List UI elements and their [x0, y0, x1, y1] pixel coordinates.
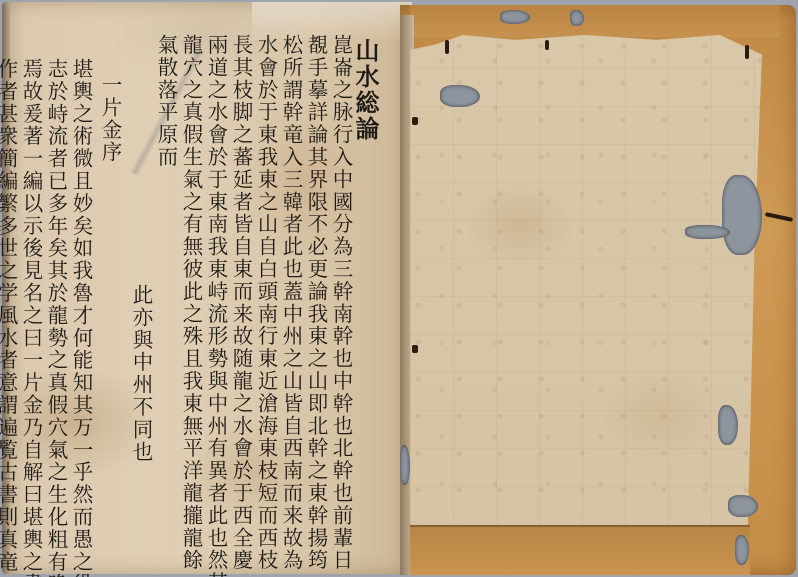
preface-column-3: 焉故爰著一編以示後見名之曰一片金乃自解曰堪輿之書 [18, 34, 43, 534]
large-damage-hole [722, 175, 762, 255]
preface-column-2: 志於峙流者已多年矣其於龍勢之真假穴氣之生化粗有晩 [43, 34, 68, 534]
preface-column-4: 作者甚衆簡編繁多世之学風水者意謂遍覧古書則真竜 [0, 34, 18, 534]
damage-hole [718, 405, 738, 445]
worm-mark [412, 345, 418, 353]
essay-column-8: 氣散落平原而 [153, 34, 178, 534]
damage-tear [685, 225, 730, 239]
cover-board-top [410, 5, 780, 37]
essay-column-3: 松所謂幹竜入三韓者此也蓋中州之山皆自西南而来故為 [278, 34, 303, 534]
damage-hole [500, 10, 530, 24]
book-spread: 山水総論 崑崙之脉行入中國分為三幹南幹也中幹也北幹也前輩日 覩手摹詳論其界限不必… [0, 0, 798, 577]
left-page: 山水総論 崑崙之脉行入中國分為三幹南幹也中幹也北幹也前輩日 覩手摹詳論其界限不必… [2, 2, 406, 574]
essay-column-5: 長其枝脚之蕃延者皆自東而来故随龍之水會於于西全慶 [228, 34, 253, 534]
worm-mark [745, 45, 749, 59]
essay-closing: 此亦與中州不同也 [128, 34, 153, 534]
right-page [400, 5, 796, 575]
damage-hole [400, 445, 410, 485]
preface-column-1: 堪輿之術微且妙矣如我魯才何能知其万一乎然而愚之役 [68, 34, 93, 534]
worm-mark [445, 40, 449, 54]
damage-hole [728, 495, 758, 517]
essay-column-7: 龍穴之真假生氣之有無彼此之殊且我東無平洋龍攏龍餘 [178, 34, 203, 534]
damage-hole [735, 535, 749, 565]
preface-title: 一片金序 [97, 34, 122, 534]
essay-column-6: 兩道之水會於于東南我東峙流形勢與中州有異者此也然其 [203, 34, 228, 534]
backing-sheet [410, 35, 762, 525]
essay-column-2: 覩手摹詳論其界限不必更論我東之山即北幹之東幹揚筠 [303, 34, 328, 534]
damage-hole [570, 10, 584, 26]
text-block: 山水総論 崑崙之脉行入中國分為三幹南幹也中幹也北幹也前輩日 覩手摹詳論其界限不必… [16, 34, 400, 534]
worm-mark [412, 117, 418, 125]
essay-title: 山水総論 [353, 38, 378, 534]
cover-board-bottom [410, 525, 750, 575]
damage-hole [440, 85, 480, 107]
worm-mark [545, 40, 549, 50]
essay-column-1: 崑崙之脉行入中國分為三幹南幹也中幹也北幹也前輩日 [328, 34, 353, 534]
worm-mark [765, 212, 793, 222]
paper-texture [410, 35, 762, 525]
essay-column-4: 水會於于東我東之山自白頭南行東近滄海東枝短而西枝 [253, 34, 278, 534]
